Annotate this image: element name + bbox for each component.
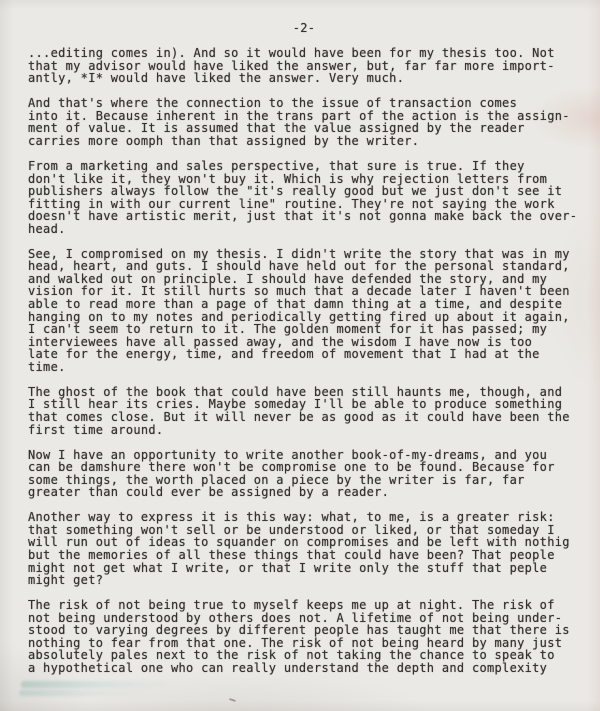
paragraph: From a marketing and sales perspective, … [28, 160, 580, 235]
text-column: -2- ...editing comes in). And so it woul… [28, 22, 580, 687]
paragraph: And that's where the connection to the i… [28, 97, 580, 147]
scanned-typewritten-page: -2- ...editing comes in). And so it woul… [0, 0, 600, 711]
paragraph: ...editing comes in). And so it would ha… [28, 47, 580, 85]
stray-pen-mark [229, 698, 236, 702]
paragraph: The risk of not being true to myself kee… [28, 599, 580, 674]
paragraph: Now I have an opportunity to write anoth… [28, 449, 580, 499]
ink-smudge [21, 681, 173, 688]
paragraph: The ghost of the book that could have be… [28, 386, 580, 436]
page-number: -2- [28, 22, 580, 35]
paragraph: Another way to express it is this way: w… [28, 511, 580, 586]
paragraph: See, I compromised on my thesis. I didn'… [28, 248, 580, 373]
ink-smudge [19, 690, 147, 696]
